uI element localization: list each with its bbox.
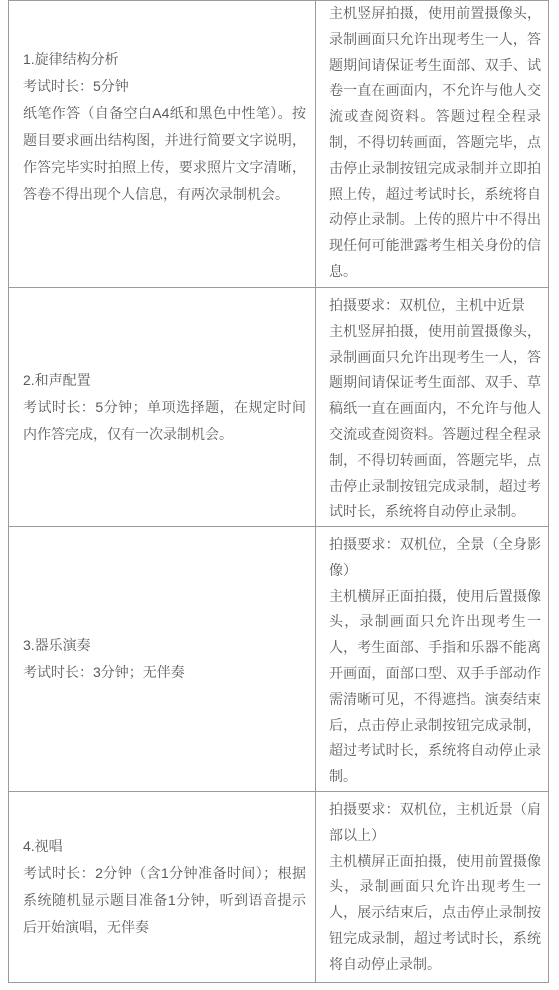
- recording-requirements-cell: 拍摄要求：双机位，主机中近景 主机竖屏拍摄，使用前置摄像头，录制画面只允许出现考…: [316, 287, 548, 526]
- subject-cell-melody-structure: 1.旋律结构分析 考试时长：5分钟 纸笔作答（自备空白A4纸和黑色中性笔）。按题…: [9, 1, 316, 287]
- recording-requirements-cell: 拍摄要求：双机位，全景（全身影像） 主机横屏正面拍摄，使用后置摄像头，录制画面只…: [316, 526, 548, 791]
- subject-cell-instrumental: 3.器乐演奏 考试时长：3分钟；无伴奏: [9, 526, 316, 791]
- shooting-requirement: 拍摄要求：双机位，全景（全身影像）: [329, 532, 541, 584]
- exam-duration: 考试时长：2分钟（含1分钟准备时间）；根据系统随机显示题目准备1分钟，听到语音提…: [23, 860, 306, 941]
- recording-instructions: 主机竖屏拍摄，使用前置摄像头，录制画面只允许出现考生一人，答题期间请保证考生面部…: [329, 1, 541, 285]
- recording-requirements-cell: 拍摄要求：双机位，主机近景（肩部以上） 主机横屏正面拍摄，使用前置摄像头，录制画…: [316, 791, 548, 982]
- subject-cell-sight-singing: 4.视唱 考试时长：2分钟（含1分钟准备时间）；根据系统随机显示题目准备1分钟，…: [9, 791, 316, 982]
- recording-instructions: 主机竖屏拍摄，使用前置摄像头，录制画面只允许出现考生一人，答题期间请保证考生面部…: [329, 319, 541, 525]
- recording-instructions: 主机横屏正面拍摄，使用后置摄像头，录制画面只允许出现考生一人，考生面部、手指和乐…: [329, 584, 541, 790]
- exam-duration: 考试时长：3分钟；无伴奏: [23, 659, 306, 686]
- exam-sections-table: 1.旋律结构分析 考试时长：5分钟 纸笔作答（自备空白A4纸和黑色中性笔）。按题…: [8, 0, 549, 983]
- section-title: 4.视唱: [23, 833, 306, 860]
- section-title: 3.器乐演奏: [23, 632, 306, 659]
- exam-duration: 考试时长：5分钟；单项选择题，在规定时间内作答完成，仅有一次录制机会。: [23, 394, 306, 448]
- shooting-requirement: 拍摄要求：双机位，主机近景（肩部以上）: [329, 797, 541, 849]
- recording-requirements-cell: 主机竖屏拍摄，使用前置摄像头，录制画面只允许出现考生一人，答题期间请保证考生面部…: [316, 1, 548, 287]
- document-page: 1.旋律结构分析 考试时长：5分钟 纸笔作答（自备空白A4纸和黑色中性笔）。按题…: [0, 0, 559, 990]
- section-title: 2.和声配置: [23, 367, 306, 394]
- shooting-requirement: 拍摄要求：双机位，主机中近景: [329, 293, 541, 319]
- section-title: 1.旋律结构分析: [23, 46, 306, 73]
- recording-instructions: 主机横屏正面拍摄，使用前置摄像头，录制画面只允许出现考生一人，展示结束后，点击停…: [329, 849, 541, 978]
- subject-cell-harmony: 2.和声配置 考试时长：5分钟；单项选择题，在规定时间内作答完成，仅有一次录制机…: [9, 287, 316, 526]
- exam-duration: 考试时长：5分钟: [23, 73, 306, 100]
- exam-instructions: 纸笔作答（自备空白A4纸和黑色中性笔）。按题目要求画出结构图，并进行简要文字说明…: [23, 100, 306, 208]
